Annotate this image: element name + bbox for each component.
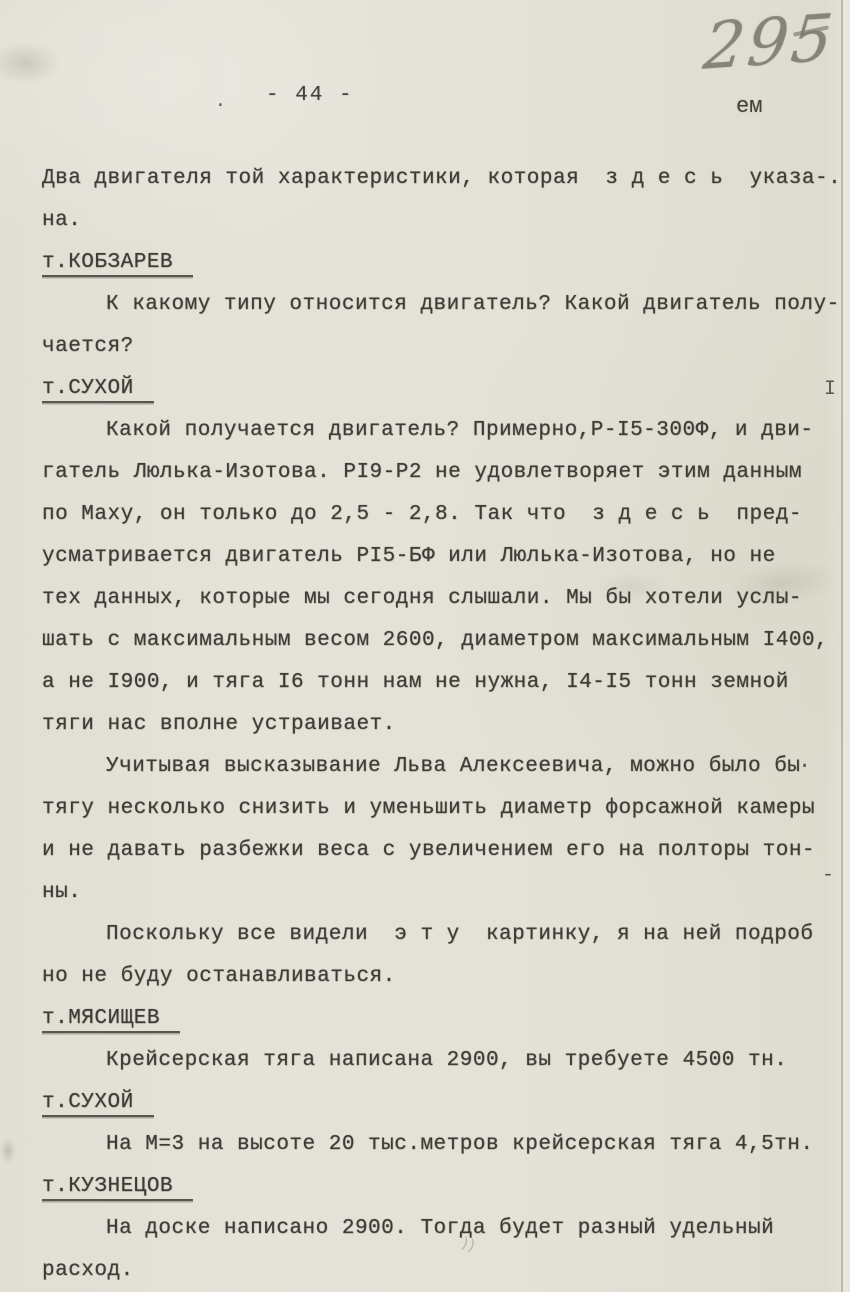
- speaker-heading: т.КУЗНЕЦОВ: [42, 1166, 842, 1208]
- speaker-heading: т.МЯСИЩЕВ: [42, 998, 842, 1040]
- text-line: К какому типу относится двигатель? Какой…: [42, 284, 842, 326]
- typewritten-text-block: Два двигателя той характеристики, котора…: [42, 158, 842, 1292]
- text-line: Крейсерская тяга написана 2900, вы требу…: [42, 1040, 842, 1082]
- handwritten-page-number: 295: [700, 1, 839, 85]
- speaker-name: т.КУЗНЕЦОВ: [42, 1175, 193, 1201]
- page-number: - 44 -: [266, 84, 354, 107]
- text-line: тяги нас вполне устраивает.: [42, 704, 842, 746]
- paper-smudge: [0, 40, 64, 86]
- paper-smudge: [0, 1138, 16, 1164]
- text-line: но не буду останавливаться.: [42, 956, 842, 998]
- speaker-name: т.СУХОЙ: [42, 377, 154, 403]
- text-line: усматривается двигатель РI5-БФ или Люльк…: [42, 536, 842, 578]
- speaker-name: т.СУХОЙ: [42, 1091, 154, 1117]
- text-line: Какой получается двигатель? Примерно,Р-I…: [42, 410, 842, 452]
- text-line: по Маху, он только до 2,5 - 2,8. Так что…: [42, 494, 842, 536]
- text-line: тягу несколько снизить и уменьшить диаме…: [42, 788, 842, 830]
- text-line: Поскольку все видели э т у картинку, я н…: [42, 914, 842, 956]
- text-line: тех данных, которые мы сегодня слышали. …: [42, 578, 842, 620]
- text-line: а не I900, и тяга I6 тонн нам не нужна, …: [42, 662, 842, 704]
- stray-dot: .: [215, 92, 226, 112]
- scan-edge-strip: [843, 0, 850, 1292]
- typist-initials-text: ем: [736, 94, 762, 119]
- speaker-name: т.КОБЗАРЕВ: [42, 251, 193, 277]
- text-line: гатель Люлька-Изотова. РI9-Р2 не удовлет…: [42, 452, 842, 494]
- speaker-heading: т.КОБЗАРЕВ: [42, 242, 842, 284]
- text-line: и не давать разбежки веса с увеличением …: [42, 830, 842, 872]
- text-line: шать с максимальным весом 2600, диаметро…: [42, 620, 842, 662]
- text-line: чается?: [42, 326, 842, 368]
- text-line: Учитывая высказывание Льва Алексеевича, …: [42, 746, 842, 788]
- speaker-name: т.МЯСИЩЕВ: [42, 1007, 180, 1033]
- text-line: ны.: [42, 872, 842, 914]
- speaker-heading: т.СУХОЙ: [42, 1082, 842, 1124]
- scanned-document-page: 295 . - 44 - ем I . - )) Два двигателя т…: [0, 0, 850, 1292]
- text-line: На доске написано 2900. Тогда будет разн…: [42, 1208, 842, 1250]
- speaker-heading: т.СУХОЙ: [42, 368, 842, 410]
- text-line: Два двигателя той характеристики, котора…: [42, 158, 842, 200]
- text-line: расход.: [42, 1250, 842, 1292]
- text-line: на.: [42, 200, 842, 242]
- text-line: На М=3 на высоте 20 тыс.метров крейсерск…: [42, 1124, 842, 1166]
